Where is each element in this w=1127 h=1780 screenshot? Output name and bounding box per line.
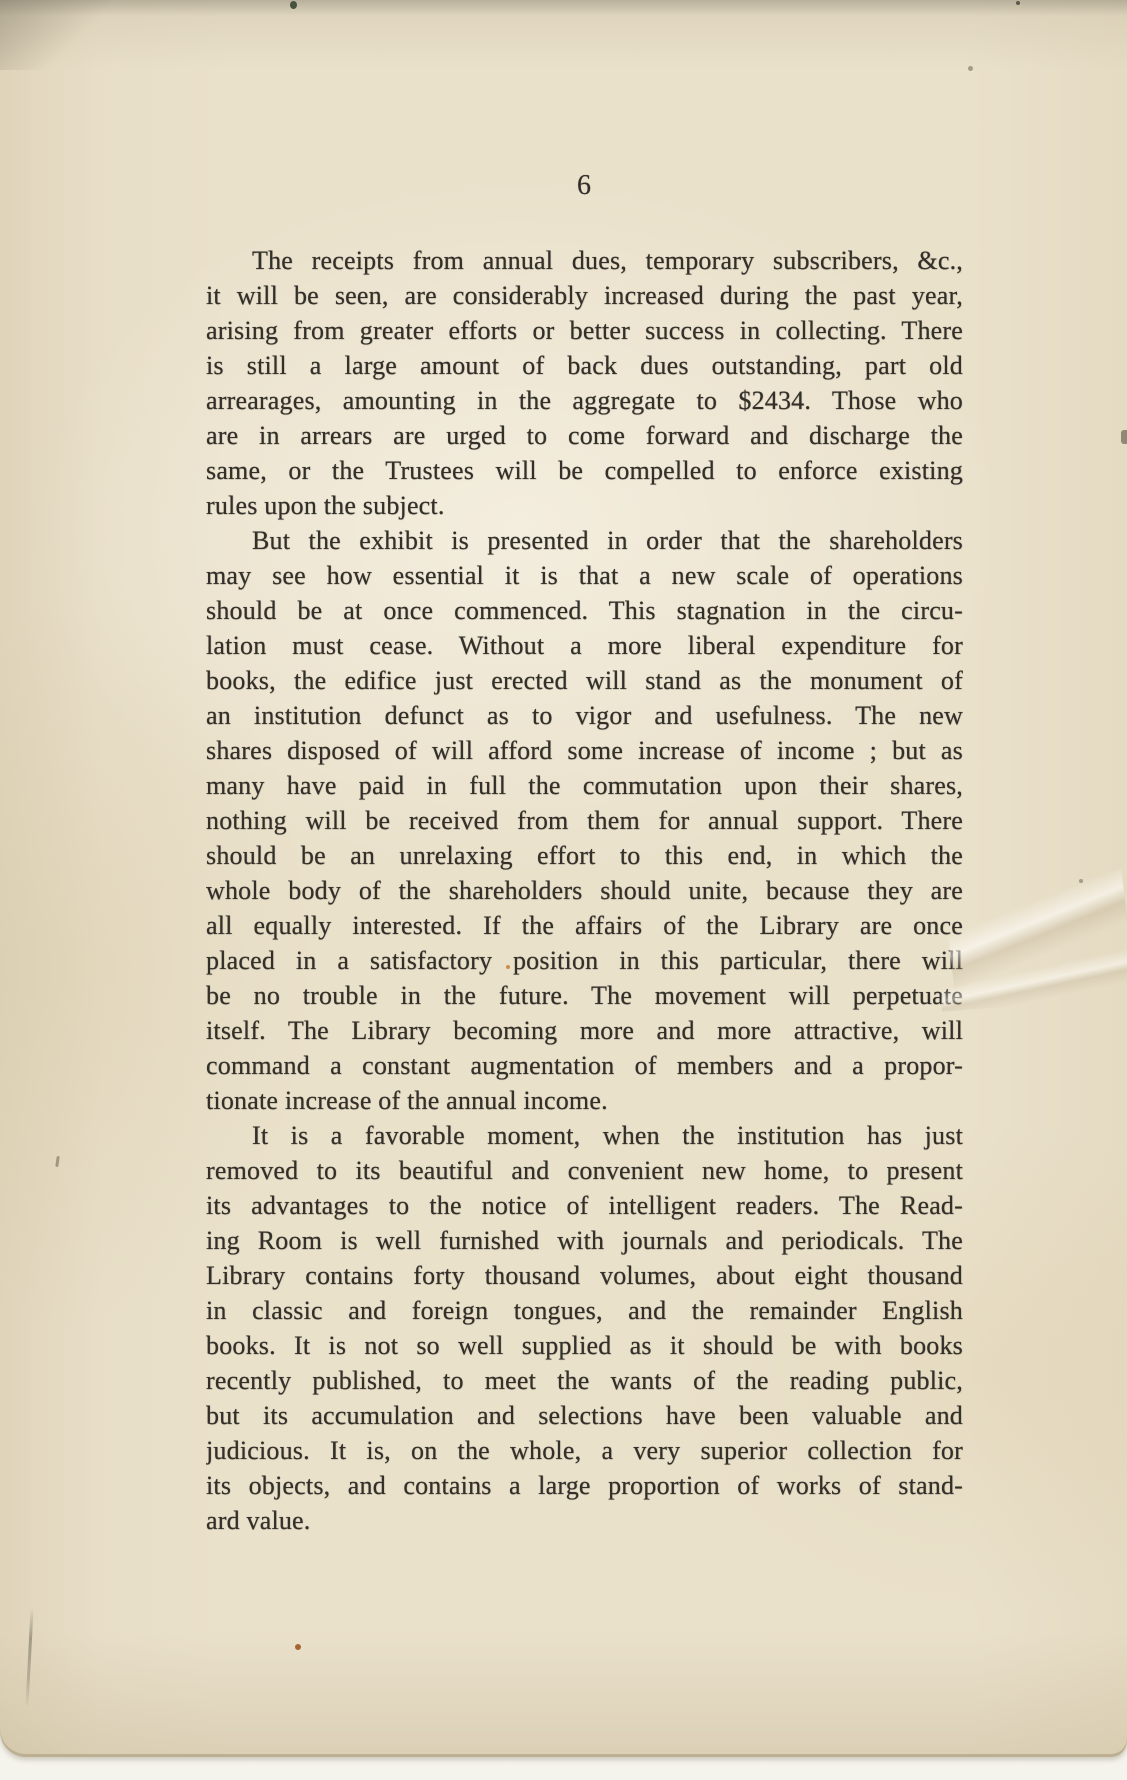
- paper-edge-mark: [1121, 430, 1127, 444]
- text-line: in classic and foreign tongues, and the …: [206, 1293, 963, 1328]
- text-line: Library contains forty thousand volumes,…: [206, 1258, 963, 1293]
- text-line: be no trouble in the future. The movemen…: [206, 978, 963, 1013]
- text-line: command a constant augmentation of membe…: [206, 1048, 963, 1083]
- text-line: should be at once commenced. This stagna…: [206, 593, 963, 628]
- text-line: ing Room is well furnished with journals…: [206, 1223, 963, 1258]
- text-line: all equally interested. If the affairs o…: [206, 908, 963, 943]
- document-page: 6 The receipts from annual dues, tempora…: [0, 0, 1127, 1754]
- text-line: an institution defunct as to vigor and u…: [206, 698, 963, 733]
- paper-speck: [1016, 1, 1020, 5]
- page-top-shadow: [0, 0, 1127, 16]
- page-corner-shadow: [0, 0, 110, 70]
- text-line: recently published, to meet the wants of…: [206, 1363, 963, 1398]
- text-line: it will be seen, are considerably increa…: [206, 278, 963, 313]
- paper-speck: [506, 965, 510, 969]
- text-line: removed to its beautiful and convenient …: [206, 1153, 963, 1188]
- text-line: books. It is not so well supplied as it …: [206, 1328, 963, 1363]
- text-line: but its accumulation and selections have…: [206, 1398, 963, 1433]
- text-line: is still a large amount of back dues out…: [206, 348, 963, 383]
- text-line: placed in a satisfactory position in thi…: [206, 943, 963, 978]
- text-line: whole body of the shareholders should un…: [206, 873, 963, 908]
- paper-speck: [295, 1644, 301, 1650]
- text-line: books, the edifice just erected will sta…: [206, 663, 963, 698]
- paper-speck: [290, 1, 297, 9]
- paper-mark: [55, 1156, 60, 1167]
- text-line: lation must cease. Without a more libera…: [206, 628, 963, 663]
- text-line: its objects, and contains a large propor…: [206, 1468, 963, 1503]
- paper-speck: [968, 66, 973, 71]
- text-line: its advantages to the notice of intellig…: [206, 1188, 963, 1223]
- text-line: itself. The Library becoming more and mo…: [206, 1013, 963, 1048]
- text-line: judicious. It is, on the whole, a very s…: [206, 1433, 963, 1468]
- text-line: many have paid in full the commutation u…: [206, 768, 963, 803]
- paragraph: It is a favorable moment, when the insti…: [206, 1118, 963, 1538]
- paper-scratch: [25, 1608, 33, 1708]
- text-line: The receipts from annual dues, temporary…: [206, 243, 963, 278]
- page-number: 6: [206, 172, 963, 200]
- text-line: arising from greater efforts or better s…: [206, 313, 963, 348]
- text-line: arrearages, amounting in the aggregate t…: [206, 383, 963, 418]
- text-line: shares disposed of will afford some incr…: [206, 733, 963, 768]
- text-line: rules upon the subject.: [206, 488, 963, 523]
- paper-speck: [1079, 879, 1083, 883]
- text-line: nothing will be received from them for a…: [206, 803, 963, 838]
- text-line: should be an unrelaxing effort to this e…: [206, 838, 963, 873]
- text-line: may see how essential it is that a new s…: [206, 558, 963, 593]
- text-line: tionate increase of the annual income.: [206, 1083, 963, 1118]
- text-line: It is a favorable moment, when the insti…: [206, 1118, 963, 1153]
- text-line: are in arrears are urged to come forward…: [206, 418, 963, 453]
- scan-background: 6 The receipts from annual dues, tempora…: [0, 0, 1127, 1780]
- paragraph: But the exhibit is presented in order th…: [206, 523, 963, 1118]
- text-line: ard value.: [206, 1503, 963, 1538]
- text-block: The receipts from annual dues, temporary…: [206, 243, 963, 1538]
- text-line: But the exhibit is presented in order th…: [206, 523, 963, 558]
- paragraph: The receipts from annual dues, temporary…: [206, 243, 963, 523]
- text-line: same, or the Trustees will be compelled …: [206, 453, 963, 488]
